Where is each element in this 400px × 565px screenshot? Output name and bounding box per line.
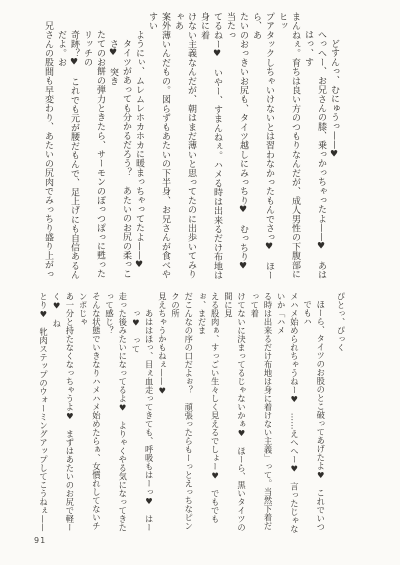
text-column: あははほっ、目ぇ血走ってきても、呼吸もはーっ♥ はーっ♥ って	[129, 292, 155, 535]
text-column: える股肉ぁ、すっごい生々しく見えるでしょー♥ でもでもぉ、まだま	[195, 292, 221, 535]
scanned-book-page: どすんっ、むにゅうっ——♥へっへー、お兄さんの膝、乗っかっちゃったよ——♥ あは…	[0, 0, 400, 565]
text-column: ようにぃ、ムレムレホカホカに暖まっちゃってたよ——♥	[132, 12, 145, 284]
page-number: 91	[34, 536, 46, 545]
text-column: けてないに決まってるじゃないかぁ♥ ほーら、黒いタイツの間に見	[221, 292, 247, 535]
text-column: タイツがあっても分かるだろう？ あたいのお尻の柔っこさ♥ 突き	[106, 12, 132, 284]
text-column: 案外薄いんだもの。図らずもあたいの下半身、お兄さんが食べやすい	[145, 12, 171, 284]
sound-effect-column: ぴとっ、ぴっく	[334, 292, 347, 535]
text-column: どすんっ、むにゅうっ——♥	[327, 12, 340, 284]
bottom-text-block: ぴとっ、ぴっくほーら、タイツのお股のとこ破ってあげたよ♥ これでいつでもハメハメ…	[39, 292, 347, 535]
text-column: メハメ始められちゃうねー♥ ……えへへー♥ 言ったじゃないか「ハメ	[274, 292, 300, 535]
text-column: 奇跡？♥ これでも元が腰だもんで、足上げにも自信あるんだよ。お	[54, 12, 80, 284]
text-column: る時は出来るだけ布地は身に着けない主義」って。当然下着だって着	[248, 292, 274, 535]
text-column: けない主義なんだが、朝はまだ薄いと思ってたのに出歩いてみりゃあ	[171, 12, 197, 284]
text-column: 見えちゃうかもねぇ——♥	[155, 292, 168, 535]
text-column: まんねぇ。育ちは良い方のつもりなんだが、成人男性の下腹部にヒッ	[275, 12, 301, 284]
text-column: ほーら、タイツのお股のとこ破ってあげたよ♥ これでいつでもハ	[300, 292, 326, 535]
text-column: 兄さんの股間も早変わり、あたいの尻肉でみっちり盛り上がった	[40, 12, 54, 284]
text-column: プアタックしちゃいけないとは習わなかったもんでさっ♥ ほーら、あ	[249, 12, 275, 284]
text-column: だこんなの序の口だよぉ？ 頑張ったらもーっとえっちなピンクの所	[168, 292, 194, 535]
top-text-block: どすんっ、むにゅうっ——♥へっへー、お兄さんの膝、乗っかっちゃったよ——♥ あは…	[40, 12, 340, 284]
text-column: たいのおっきいお尻も、タイツ越しにみっちり♥ むっちり♥ 当たっ	[223, 12, 249, 284]
text-column: そんな状態でいきなりハメハメ始めたらぁ、女慣れしてないチンポじゃ	[76, 292, 102, 535]
text-column: へっへー、お兄さんの膝、乗っかっちゃったよ——♥ あははっ、す	[301, 12, 327, 284]
text-column: あ一分と持たなくなっちゃうよ♥ まずはあたいのお尻で軽ーく♥ ね	[50, 292, 76, 535]
text-column: たてのお餅の弾力ときたら、サーモンのぽっつぽっに甦ったリッチの	[80, 12, 106, 284]
text-column: 走った後みたいになってるよ♥ よりゃくやる気になってきたって感じ？	[102, 292, 128, 535]
text-column: てるねー♥ いやー、すまんねぇ。ハメる時は出来るだけ布地は身に着	[197, 12, 223, 284]
text-column: とり♥ 牝肉ステップのウォーミングアップしてこうねぇ——♥	[39, 292, 50, 535]
